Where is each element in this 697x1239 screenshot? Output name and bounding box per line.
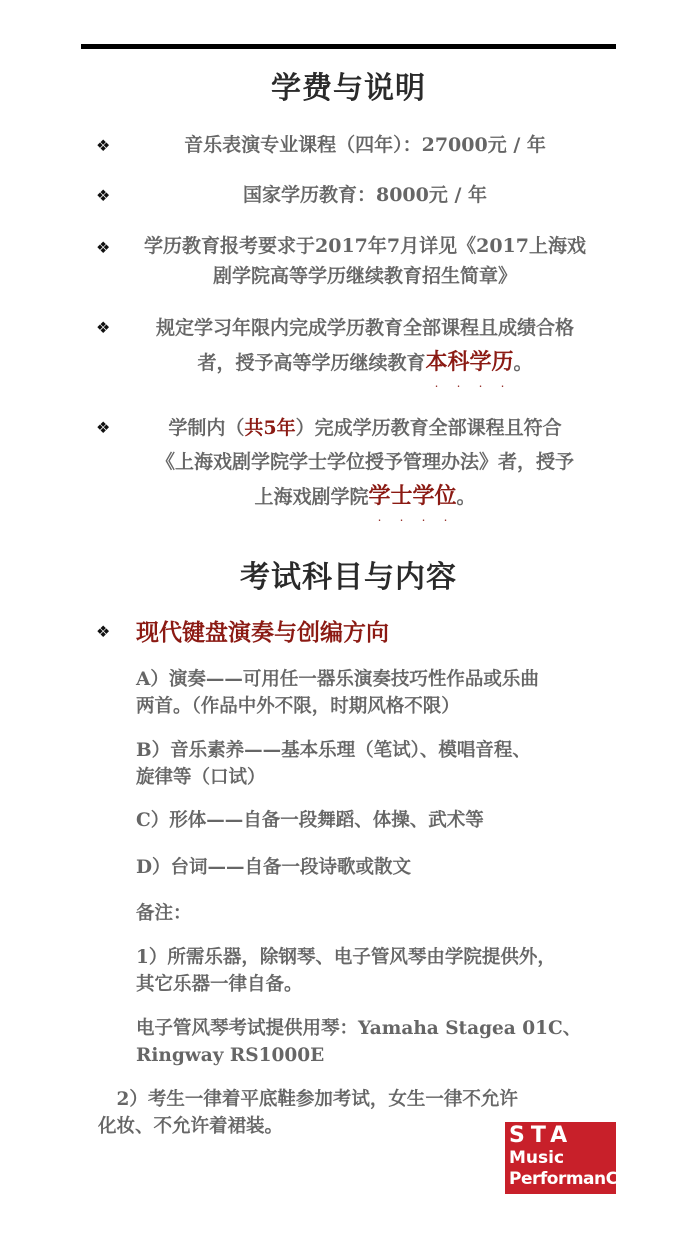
fee-item-degree: 规定学习年限内完成学历教育全部课程且成绩合格 者，授予高等学历继续教育本科学历·… (130, 311, 600, 380)
logo-line-3: PerformanCe (509, 1171, 612, 1188)
bullet-icon: ❖ (96, 418, 110, 437)
exam-section-title: 考试科目与内容 (0, 552, 697, 596)
highlight-five-years: 共5年 (244, 417, 295, 439)
fee-item-requirements: 学历教育报考要求于2017年7月详见《2017上海戏 剧学院高等学历继续教育招生… (130, 231, 600, 291)
subject-c: C）形体——自备一段舞蹈、体操、武术等 (136, 807, 606, 834)
subject-a: A）演奏——可用任一器乐演奏技巧性作品或乐曲 两首。（作品中外不限，时期风格不限… (136, 666, 606, 720)
sta-music-performance-logo: STA Music PerformanCe (505, 1122, 616, 1194)
requirements-line-2: 剧学院高等学历继续教育招生简章》 (130, 261, 600, 291)
logo-line-2: Music (509, 1150, 612, 1167)
fee-item-education: 国家学历教育：8000元 / 年 (130, 180, 600, 210)
bullet-icon: ❖ (96, 622, 110, 641)
direction-heading: 现代键盘演奏与创编方向 (136, 614, 389, 647)
requirements-line-1: 学历教育报考要求于2017年7月详见《2017上海戏 (130, 231, 600, 261)
bachelor-line-2: 《上海戏剧学院学士学位授予管理办法》者，授予 (130, 445, 600, 479)
notes-label: 备注： (136, 900, 606, 927)
subject-d: D）台词——自备一段诗歌或散文 (136, 854, 606, 881)
fee-item-course: 音乐表演专业课程（四年）：27000元 / 年 (130, 130, 600, 160)
logo-line-1: STA (509, 1125, 612, 1147)
bullet-icon: ❖ (96, 186, 110, 205)
bullet-icon: ❖ (96, 318, 110, 337)
bullet-icon: ❖ (96, 238, 110, 257)
note-1: 1）所需乐器，除钢琴、电子管风琴由学院提供外， 其它乐器一律自备。 (136, 944, 606, 998)
top-divider (81, 44, 616, 49)
degree-line-1: 规定学习年限内完成学历教育全部课程且成绩合格 (130, 311, 600, 345)
degree-line-2: 者，授予高等学历继续教育本科学历····。 (130, 345, 600, 380)
highlight-bachelor-degree: 本科学历···· (425, 349, 513, 375)
bachelor-line-1: 学制内（共5年）完成学历教育全部课程且符合 (130, 411, 600, 445)
bachelor-line-3: 上海戏剧学院学士学位····。 (130, 479, 600, 514)
highlight-bachelor-title: 学士学位···· (368, 483, 456, 509)
fees-section-title: 学费与说明 (0, 63, 697, 107)
subject-b: B）音乐素养——基本乐理（笔试）、模唱音程、 旋律等（口试） (136, 737, 606, 791)
emphasis-dots: ···· (368, 517, 456, 523)
note-organ: 电子管风琴考试提供用琴：Yamaha Stagea 01C、 Ringway R… (136, 1015, 606, 1069)
emphasis-dots: ···· (425, 383, 513, 389)
fee-item-bachelor: 学制内（共5年）完成学历教育全部课程且符合 《上海戏剧学院学士学位授予管理办法》… (130, 411, 600, 514)
bullet-icon: ❖ (96, 136, 110, 155)
